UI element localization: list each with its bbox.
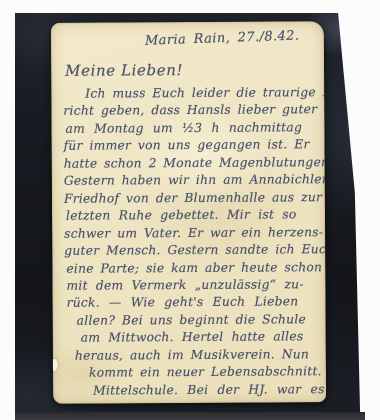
letter-line: Gestern haben wir ihn am Annabichler bbox=[64, 171, 316, 190]
letter-line: guter Mensch. Gestern sandte ich Euch bbox=[64, 241, 316, 260]
letter-line: richt geben, dass Hansls lieber guter Va… bbox=[63, 102, 315, 121]
letter-line: Ich muss Euch leider die traurige Nach- bbox=[85, 84, 315, 103]
letter-line: rück. — Wie geht's Euch Lieben bbox=[67, 294, 317, 313]
letter-line: hatte schon 2 Monate Magenblutungen. bbox=[64, 154, 316, 173]
letter-dateline: Maria Rain, 27./8.42. bbox=[145, 28, 320, 49]
letter-line: für immer von uns gegangen ist. Er bbox=[64, 137, 316, 156]
letter-line: schwer um Vater. Er war ein herzens- bbox=[64, 224, 316, 243]
letter-line: mit dem Vermerk „unzulässig“ zu- bbox=[66, 276, 316, 295]
photo-bottom-shadow bbox=[15, 412, 365, 420]
letter-line: kommt ein neuer Lebensabschnitt. Die bbox=[89, 363, 317, 382]
letter-line: Mittelschule. Bei der HJ. war es bbox=[93, 381, 317, 400]
letter-line: am Mittwoch. Hertel hatte alles bbox=[81, 329, 317, 348]
letter-line: heraus, auch im Musikverein. Nun bbox=[75, 346, 317, 365]
letter-line: allen? Bei uns beginnt die Schule bbox=[77, 311, 317, 330]
letter-line: letzten Ruhe gebettet. Mir ist so bbox=[66, 206, 316, 225]
handwritten-postcard: Maria Rain, 27./8.42. Meine Lieben! Ich … bbox=[51, 21, 326, 404]
letter-line: Friedhof von der Blumenhalle aus zur bbox=[64, 189, 316, 208]
letter-body: Ich muss Euch leider die traurige Nach- … bbox=[63, 84, 317, 400]
letter-line: am Montag um ½3 h nachmittag bbox=[65, 119, 315, 138]
letter-salutation: Meine Lieben! bbox=[65, 61, 183, 80]
letter-line: eine Parte; sie kam aber heute schon bbox=[66, 259, 316, 278]
